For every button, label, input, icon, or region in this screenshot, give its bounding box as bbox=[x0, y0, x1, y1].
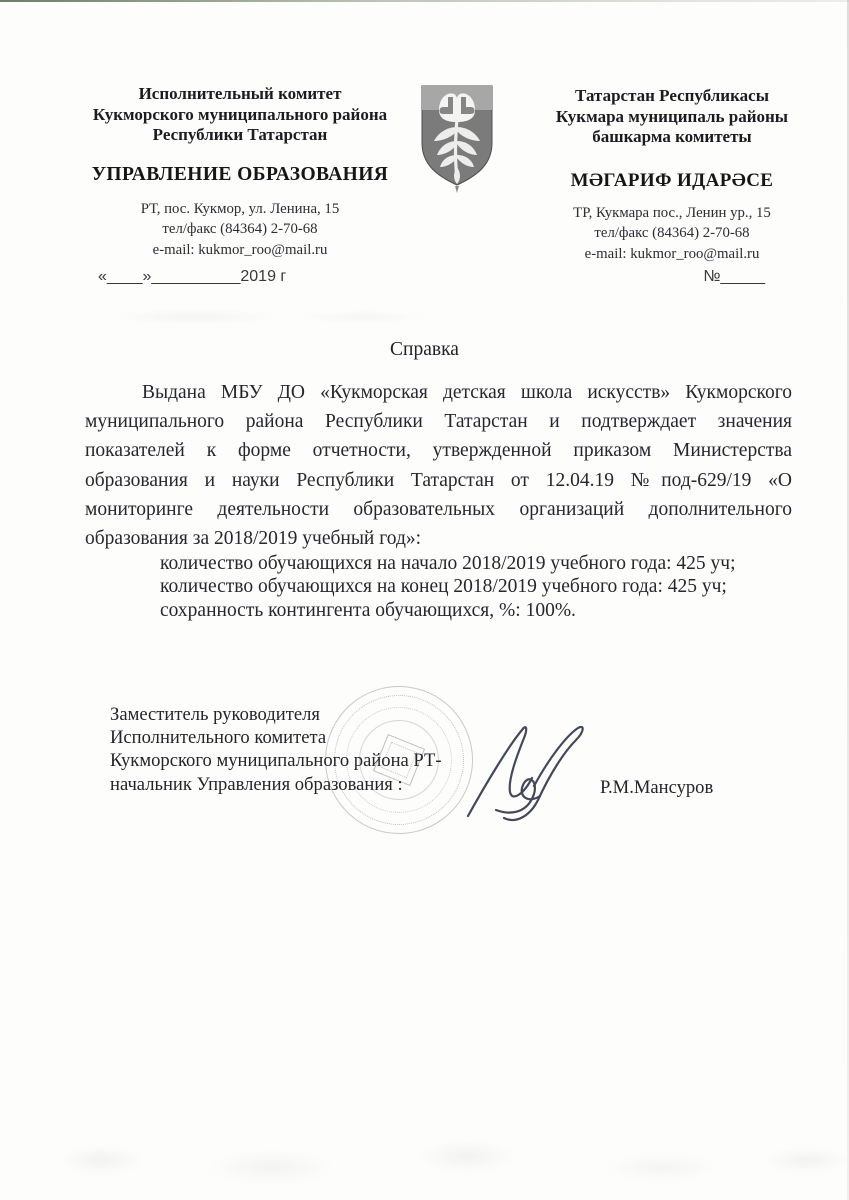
phone-line: тел/факс (84364) 2-70-68 bbox=[56, 219, 424, 240]
signer-position-line: Кукморского муниципального района РТ- bbox=[110, 749, 442, 772]
body-paragraph: Выдана МБУ ДО «Кукморская детская школа … bbox=[85, 378, 792, 553]
document-title: Справка bbox=[0, 339, 849, 361]
org-name-line: Республики Татарстан bbox=[56, 125, 424, 146]
signer-position-block: Заместитель руководителя Исполнительного… bbox=[110, 703, 442, 796]
phone-line: тел/факс (84364) 2-70-68 bbox=[527, 223, 817, 244]
coat-of-arms-icon bbox=[418, 83, 496, 195]
department-name-left: УПРАВЛЕНИЕ ОБРАЗОВАНИЯ bbox=[56, 164, 424, 186]
scan-ghosting-middle bbox=[90, 300, 510, 334]
address-block-right: ТР, Кукмара пос., Ленин ур., 15 тел/факс… bbox=[527, 203, 817, 265]
org-name-line: башкарма комитеты bbox=[527, 127, 817, 148]
letterhead-right-tatar: Татарстан Республикасы Кукмара муниципал… bbox=[527, 86, 817, 264]
signer-position-line: Заместитель руководителя bbox=[110, 703, 442, 726]
indicator-line: сохранность контингента обучающихся, %: … bbox=[160, 599, 736, 622]
email-line: e-mail: kukmor_roo@mail.ru bbox=[527, 244, 817, 265]
email-line: e-mail: kukmor_roo@mail.ru bbox=[56, 240, 424, 261]
address-line: ТР, Кукмара пос., Ленин ур., 15 bbox=[527, 203, 817, 224]
reference-line: «____»__________2019 г №_____ bbox=[98, 268, 765, 286]
org-name-line: Кукмара муниципаль районы bbox=[527, 107, 817, 128]
org-name-line: Татарстан Республикасы bbox=[527, 86, 817, 107]
date-blank: «____»__________2019 г bbox=[98, 268, 286, 286]
indicator-line: количество обучающихся на начало 2018/20… bbox=[160, 552, 736, 575]
handwritten-signature-icon bbox=[438, 688, 602, 832]
scan-edge-artifact-top bbox=[0, 0, 849, 2]
signer-position-line: Исполнительного комитета bbox=[110, 726, 442, 749]
number-blank: №_____ bbox=[703, 268, 765, 286]
address-block-left: РТ, пос. Кукмор, ул. Ленина, 15 тел/факс… bbox=[56, 199, 424, 261]
signer-position-line: начальник Управления образования : bbox=[110, 773, 442, 796]
indicator-line: количество обучающихся на конец 2018/201… bbox=[160, 575, 736, 598]
department-name-right: МӘГАРИФ ИДАРӘСЕ bbox=[527, 170, 817, 192]
letterhead-left-russian: Исполнительный комитет Кукморского муниц… bbox=[56, 84, 424, 260]
indicator-list: количество обучающихся на начало 2018/20… bbox=[160, 552, 736, 622]
org-name-line: Исполнительный комитет bbox=[56, 84, 424, 105]
signer-name: Р.М.Мансуров bbox=[600, 777, 713, 799]
scanned-letter-page: Исполнительный комитет Кукморского муниц… bbox=[0, 0, 849, 1200]
org-name-line: Кукморского муниципального района bbox=[56, 105, 424, 126]
scan-ghosting-bottom bbox=[0, 1128, 849, 1200]
address-line: РТ, пос. Кукмор, ул. Ленина, 15 bbox=[56, 199, 424, 220]
